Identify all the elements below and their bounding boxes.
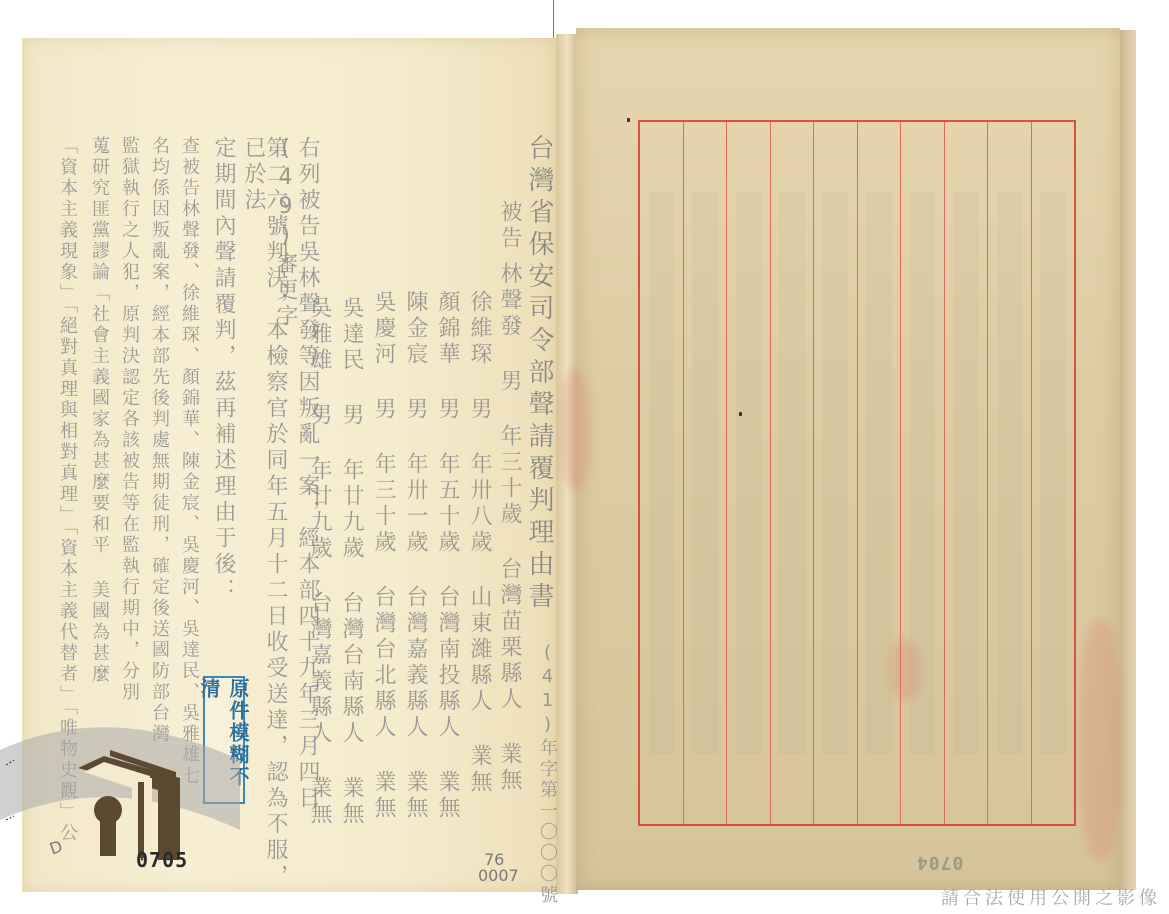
scan-edge-line	[553, 0, 554, 40]
ruled-column	[988, 122, 1032, 824]
red-ruled-grid	[638, 120, 1076, 826]
document-reference-number: (41)年字第一〇〇〇號	[538, 642, 556, 906]
ruled-column	[640, 122, 684, 824]
defendant-entry: 徐維琛 男 年卅八歲 山東濰縣人 業無	[468, 290, 490, 796]
body-text-column: 名均係因叛亂案，經本部先後判處無期徒刑，確定後送國防部台灣	[150, 136, 168, 745]
page-number-right: 0704	[916, 852, 963, 873]
defendants-label: 被告	[498, 200, 520, 252]
ruled-column	[945, 122, 989, 824]
document-title: 台灣省保安司令部聲請覆判理由書	[526, 134, 552, 614]
body-text-column: 「資本主義現象」「絕對真理與相對真理」「資本主義代替者」「唯物史觀」公	[58, 136, 76, 844]
ink-bleed	[1080, 620, 1120, 860]
ruled-column	[771, 122, 815, 824]
usage-notice-caption: 請合法使用公開之影像	[941, 884, 1161, 910]
ruled-column	[814, 122, 858, 824]
ink-bleed	[560, 370, 590, 490]
pencil-note-bottom: 0007	[478, 868, 519, 884]
defendant-entry: 吳達民 男 年廿九歲 台灣台南縣人 業無	[340, 296, 362, 828]
ink-speck	[739, 412, 742, 416]
right-page-edge	[1120, 30, 1136, 890]
body-text-column: 蒐研究匪黨謬論「社會主義國家為甚麼要和平 美國為甚麼	[90, 136, 108, 685]
defendant-entry: 吳慶河 男 年三十歲 台灣台北縣人 業無	[372, 290, 394, 822]
defendant-entry: 顏錦華 男 年五十歲 台灣南投縣人 業無	[436, 290, 458, 822]
ruled-column	[858, 122, 902, 824]
defendant-entry: 陳金宸 男 年卅一歲 台灣嘉義縣人 業無	[404, 290, 426, 822]
body-text-column: 監獄執行之人犯，原判決認定各該被告等在監執行期中，分別	[120, 136, 138, 703]
illegible-original-stamp: 原件模糊不清	[203, 676, 245, 804]
ruled-column	[684, 122, 728, 824]
ink-speck	[627, 118, 630, 122]
ruled-column	[1032, 122, 1075, 824]
body-text-column: 定期間內聲請覆判，茲再補述理由于後：	[212, 136, 234, 604]
page-number-left: 0705	[136, 848, 188, 872]
ruled-column	[727, 122, 771, 824]
defendant-entry: 林聲發 男 年三十歲 台灣苗栗縣人 業無	[498, 262, 520, 794]
ruled-column	[901, 122, 945, 824]
